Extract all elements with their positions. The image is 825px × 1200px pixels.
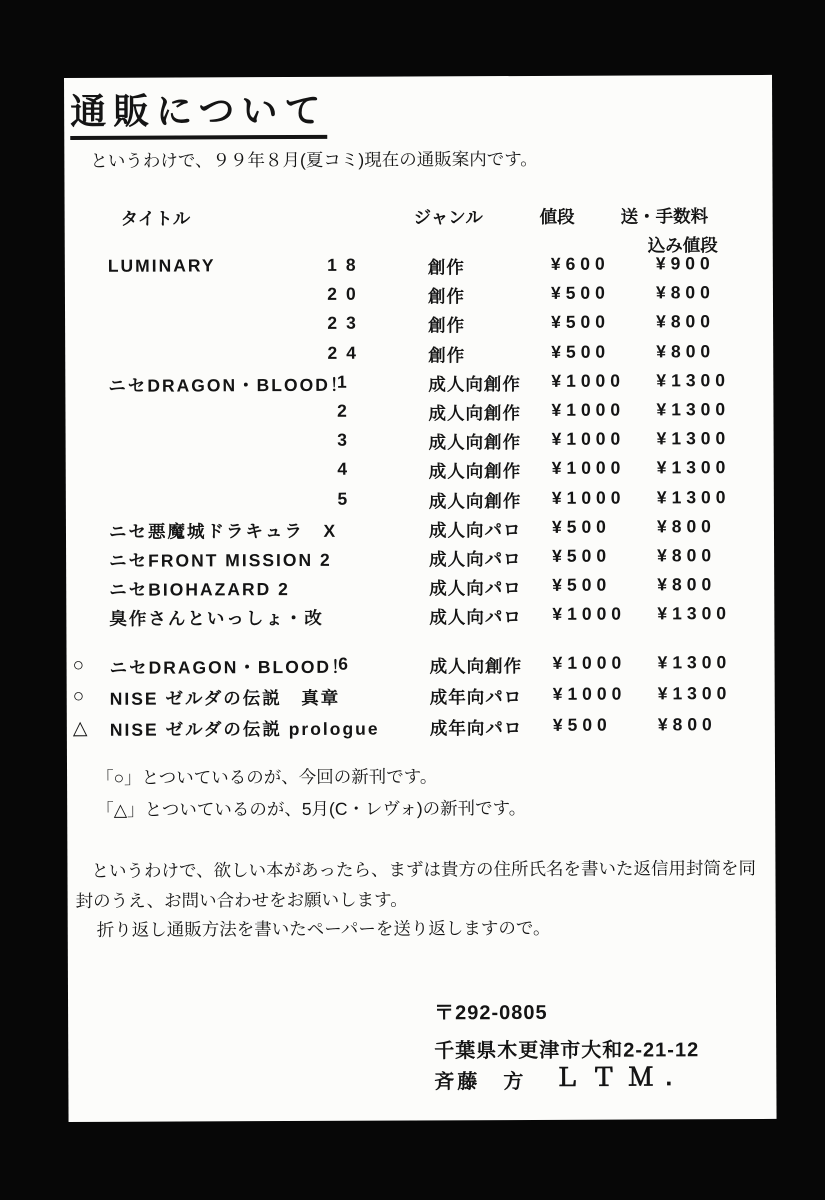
recipient-name: 斉藤 方 [434,1065,526,1094]
row-total: ¥800 [656,311,715,332]
closing-paragraph-line2: 封のうえ、お問い合わせをお願いします。 [76,887,408,913]
row-price: ¥500 [553,715,612,736]
row-price: ¥1000 [551,371,625,392]
scan-background: 通販について というわけで、９９年８月(夏コミ)現在の通販案内です。 タイトル … [0,0,825,1200]
row-total: ¥1300 [657,457,731,478]
row-genre: 成人向創作 [429,488,522,513]
row-volume: 24 [319,343,373,364]
row-genre: 成人向創作 [429,458,522,483]
row-title: ニセBIOHAZARD 2 [109,576,290,602]
row-price: ¥500 [551,312,610,333]
column-header-shipping-line1: 送・手数料 [621,203,709,228]
new-release-marker: ○ [73,655,85,677]
table-row: ニセFRONT MISSION 2 成人向パロ ¥500 ¥800 [66,545,774,572]
row-total: ¥800 [657,516,716,537]
table-row: 2 成人向創作 ¥1000 ¥1300 [65,399,773,426]
row-price: ¥500 [552,517,611,538]
row-volume: 23 [319,313,373,334]
row-total: ¥1300 [657,603,731,624]
row-total: ¥1300 [657,487,731,508]
row-title: NISE ゼルダの伝説 prologue [110,716,380,742]
page-sheet: 通販について というわけで、９９年８月(夏コミ)現在の通販案内です。 タイトル … [64,75,777,1122]
row-total: ¥1300 [656,399,730,420]
row-genre: 成人向パロ [429,517,522,542]
row-title: ニセDRAGON・BLOOD！ [108,372,349,398]
row-total: ¥800 [658,714,717,735]
row-price: ¥1000 [552,458,626,479]
row-total: ¥800 [656,282,715,303]
row-total: ¥800 [657,545,716,566]
intro-text: というわけで、９９年８月(夏コミ)現在の通販案内です。 [90,146,538,173]
row-total: ¥1300 [658,652,732,673]
row-price: ¥600 [551,254,610,275]
row-volume: 3 [320,430,374,451]
postal-code: 〒292-0805 [434,996,548,1025]
row-price: ¥1000 [551,400,625,421]
row-price: ¥500 [552,546,611,567]
table-row: 4 成人向創作 ¥1000 ¥1300 [66,457,774,484]
row-volume: 4 [320,459,374,480]
row-price: ¥500 [551,283,610,304]
row-price: ¥1000 [552,429,626,450]
row-title: ニセFRONT MISSION 2 [109,547,332,573]
row-total: ¥800 [657,574,716,595]
table-row: 3 成人向創作 ¥1000 ¥1300 [66,428,774,455]
table-row-new-release: △ NISE ゼルダの伝説 prologue 成年向パロ ¥500 ¥800 [67,714,775,741]
row-title: LUMINARY [108,255,216,276]
row-genre: 創作 [428,342,465,367]
row-genre: 創作 [428,312,465,337]
table-row-new-release: ○ ニセDRAGON・BLOOD！ 6 成人向創作 ¥1000 ¥1300 [67,652,775,679]
row-genre: 成人向創作 [430,653,523,678]
column-header-genre: ジャンル [414,204,483,229]
row-volume: 1 [319,372,373,393]
row-price: ¥500 [551,342,610,363]
new-release-marker: ○ [73,686,85,708]
row-total: ¥1300 [657,428,731,449]
circle-name: ＬＴＭ. [554,1057,684,1094]
row-total: ¥900 [656,253,715,274]
row-total: ¥1300 [658,683,732,704]
row-genre: 成人向創作 [428,371,521,396]
row-title: ニセ悪魔城ドラキュラ X [109,518,337,544]
table-row: LUMINARY 18 創作 ¥600 ¥900 [65,253,773,280]
table-row: ニセDRAGON・BLOOD！ 1 成人向創作 ¥1000 ¥1300 [65,370,773,397]
column-header-price: 値段 [540,204,575,229]
row-price: ¥1000 [552,604,626,625]
row-genre: 創作 [428,254,465,279]
row-volume: 2 [319,401,373,422]
row-genre: 成人向パロ [429,546,522,571]
table-row: 20 創作 ¥500 ¥800 [65,282,773,309]
row-genre: 成人向パロ [429,575,522,600]
new-release-marker: △ [73,717,88,740]
legend-note-triangle: 「△」とついているのが、5月(C・レヴォ)の新刊です。 [96,795,526,822]
closing-paragraph-line1: というわけで、欲しい本があったら、まずは貴方の住所氏名を書いた返信用封筒を同 [91,855,756,883]
row-title: 臭作さんといっしょ・改 [109,605,324,631]
column-header-title: タイトル [121,205,191,230]
row-price: ¥500 [552,575,611,596]
table-row: ニセ悪魔城ドラキュラ X 成人向パロ ¥500 ¥800 [66,516,774,543]
row-title: NISE ゼルダの伝説 真章 [110,685,341,711]
row-genre: 成人向創作 [429,429,522,454]
row-price: ¥1000 [553,684,627,705]
table-row: 臭作さんといっしょ・改 成人向パロ ¥1000 ¥1300 [66,603,774,630]
row-price: ¥1000 [553,653,627,674]
row-volume: 20 [319,284,373,305]
row-volume: 18 [319,255,373,276]
row-volume: 5 [320,489,374,510]
table-row: 24 創作 ¥500 ¥800 [65,341,773,368]
closing-paragraph-line3: 折り返し通販方法を書いたペーパーを送り返しますので。 [97,915,551,942]
page-title: 通販について [70,83,328,140]
row-genre: 成人向創作 [428,400,521,425]
table-row: 23 創作 ¥500 ¥800 [65,311,773,338]
row-total: ¥800 [656,341,715,362]
row-price: ¥1000 [552,488,626,509]
legend-note-circle: 「○」とついているのが、今回の新刊です。 [96,763,437,789]
row-total: ¥1300 [656,370,730,391]
row-genre: 成人向パロ [429,604,522,629]
row-genre: 成年向パロ [430,684,523,709]
row-genre: 創作 [428,283,465,308]
row-volume: 6 [321,654,375,675]
row-genre: 成年向パロ [430,715,523,740]
table-row: ニセBIOHAZARD 2 成人向パロ ¥500 ¥800 [66,574,774,601]
row-title: ニセDRAGON・BLOOD！ [110,654,351,680]
table-row-new-release: ○ NISE ゼルダの伝説 真章 成年向パロ ¥1000 ¥1300 [67,683,775,710]
table-row: 5 成人向創作 ¥1000 ¥1300 [66,487,774,514]
